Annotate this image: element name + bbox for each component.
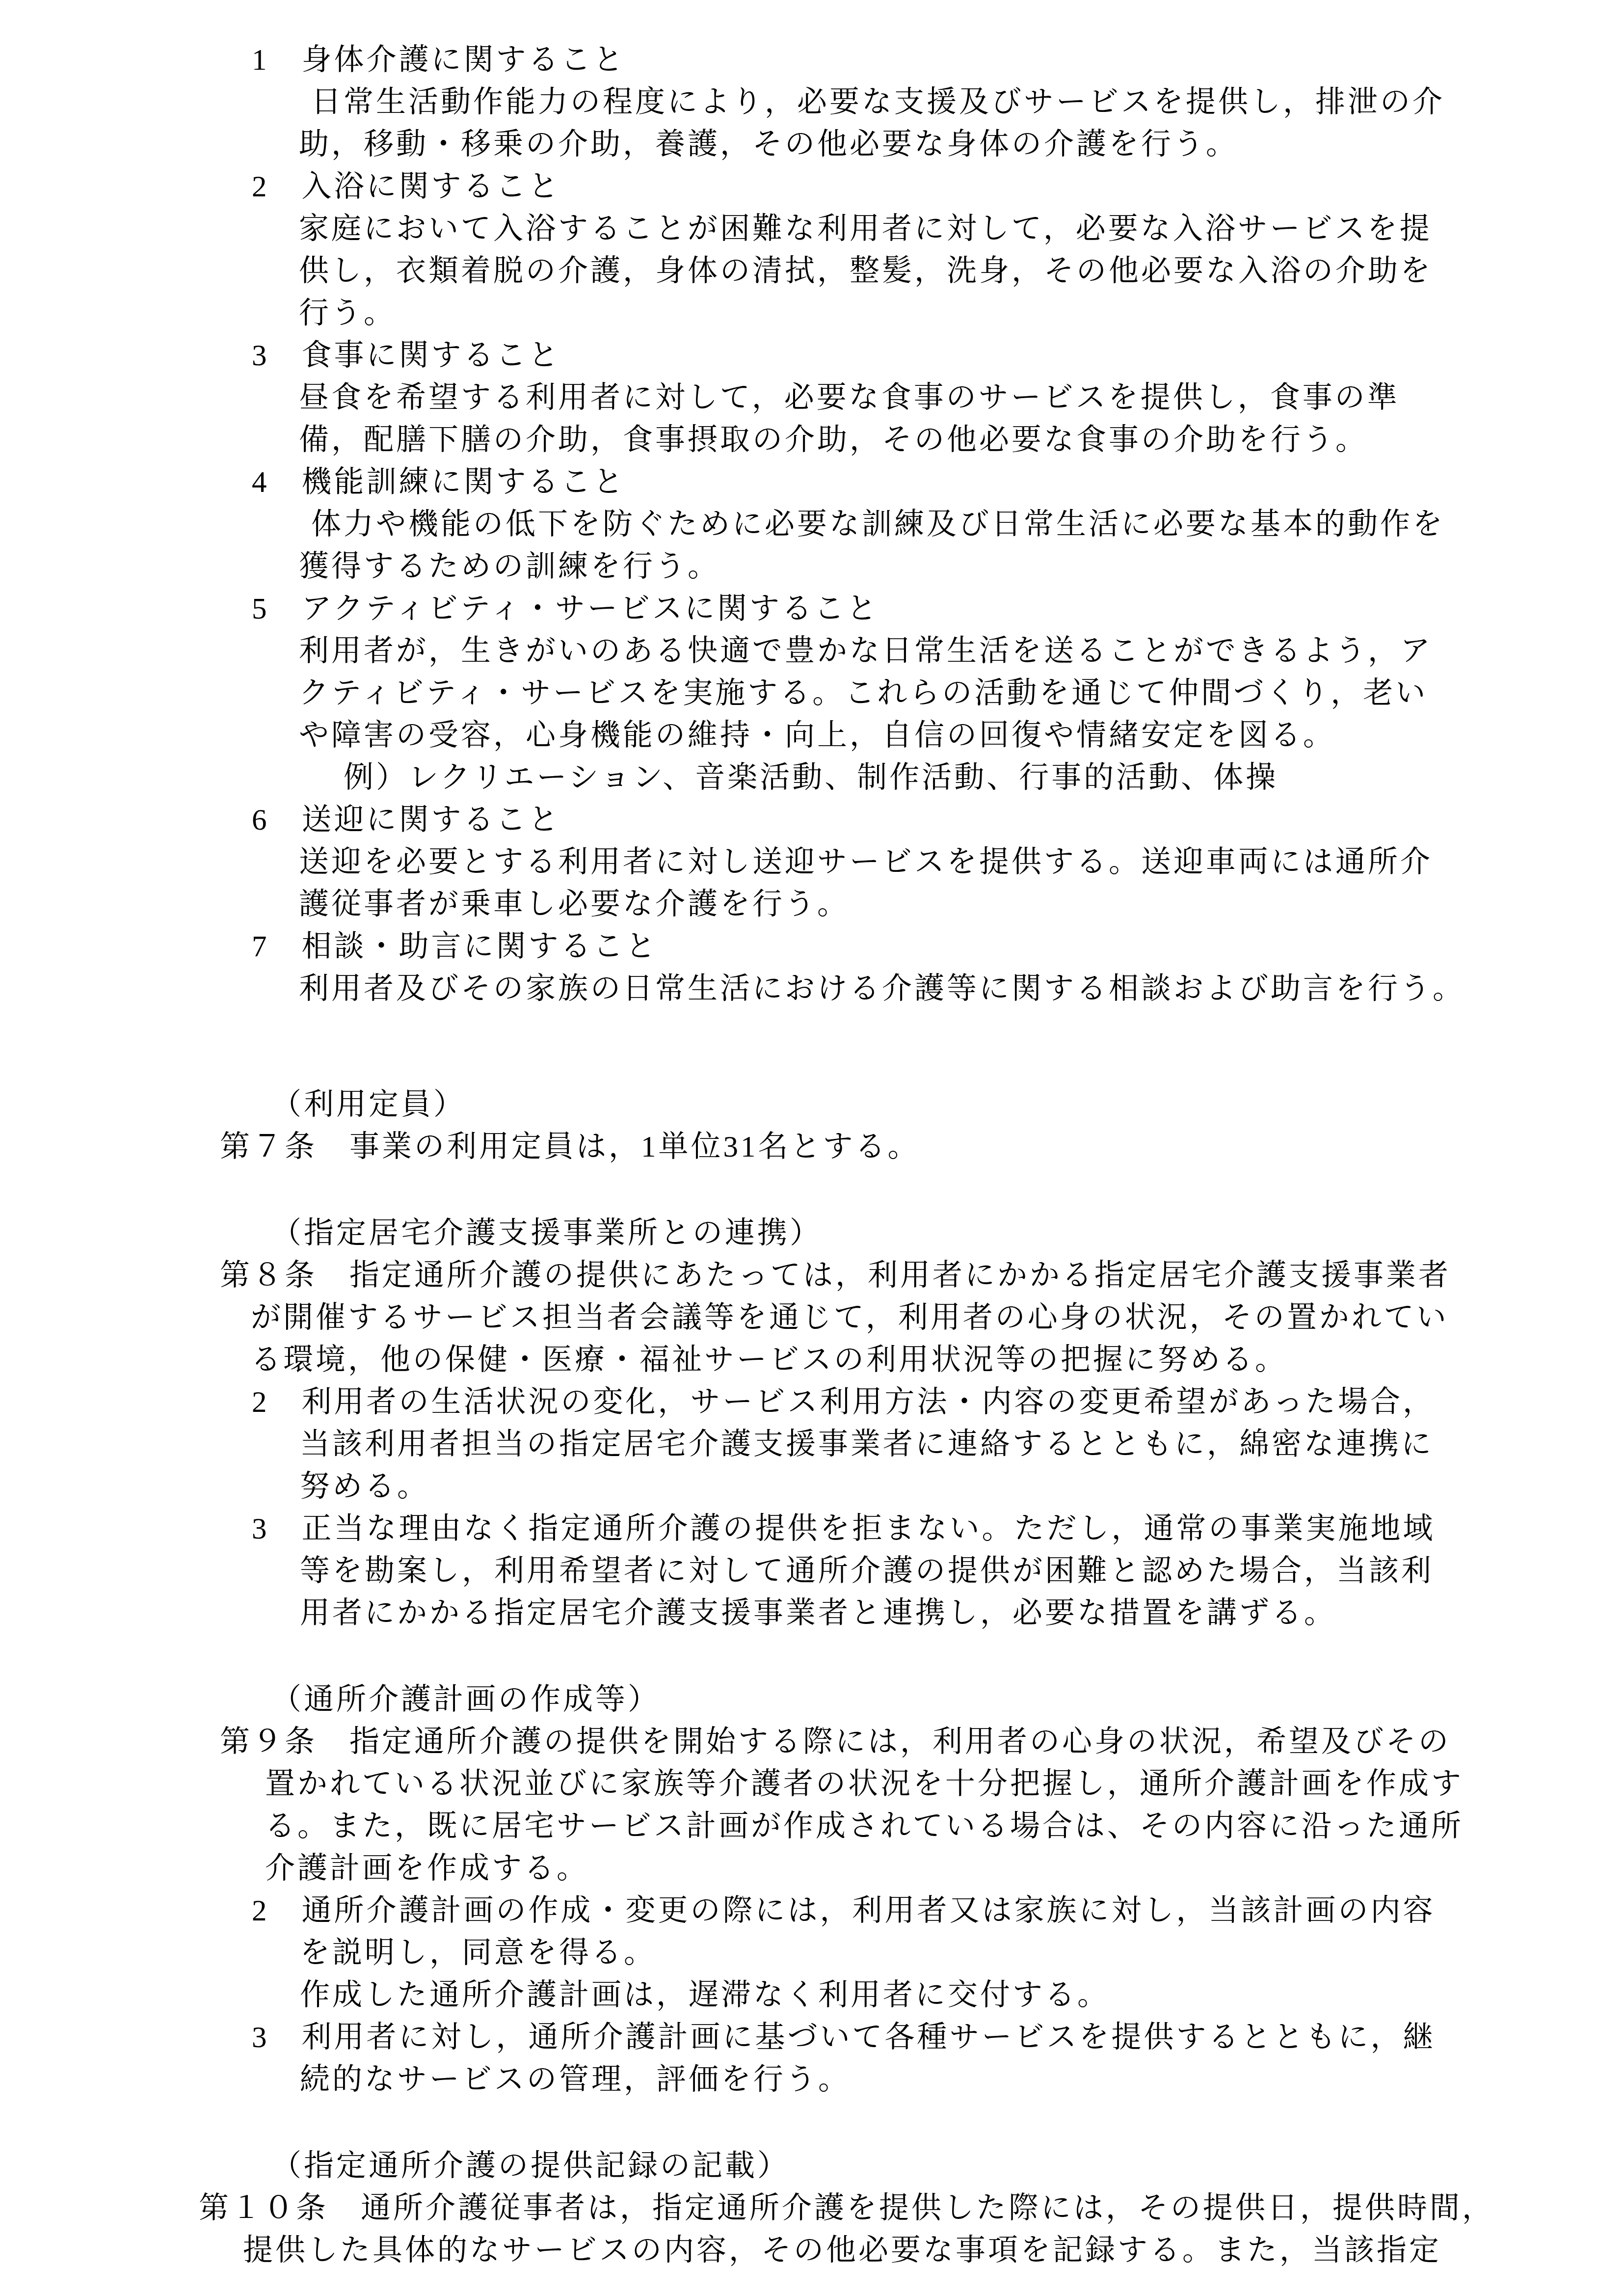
document-line: 介護計画を作成する。 bbox=[0, 1848, 1623, 1890]
document-line: 家庭において入浴することが困難な利用者に対して，必要な入浴サービスを提 bbox=[0, 208, 1623, 250]
document-line: 例）レクリエーション、音楽活動、制作活動、行事的活動、体操 bbox=[0, 757, 1623, 799]
blank-space bbox=[0, 1010, 1623, 1084]
list-item-number-line: 2 入浴に関すること bbox=[0, 166, 1623, 208]
article-line: 第７条 事業の利用定員は，1単位31名とする。 bbox=[0, 1126, 1623, 1168]
list-item-number-line: 5 アクティビティ・サービスに関すること bbox=[0, 588, 1623, 630]
list-item-number-line: 6 送迎に関すること bbox=[0, 799, 1623, 841]
document-line: 提供した具体的なサービスの内容，その他必要な事項を記録する。また，当該指定 bbox=[0, 2230, 1623, 2272]
document-line: 作成した通所介護計画は，遅滞なく利用者に交付する。 bbox=[0, 1974, 1623, 2017]
blank-space bbox=[0, 1635, 1623, 1679]
document-line: 利用者が，生きがいのある快適で豊かな日常生活を送ることができるよう，ア bbox=[0, 630, 1623, 673]
document-line: る環境，他の保健・医療・福祉サービスの利用状況等の把握に努める。 bbox=[0, 1339, 1623, 1381]
sub-item-number-line: 2 通所介護計画の作成・変更の際には，利用者又は家族に対し，当該計画の内容 bbox=[0, 1890, 1623, 1932]
sub-item-number-line: 3 利用者に対し，通所介護計画に基づいて各種サービスを提供するとともに，継 bbox=[0, 2017, 1623, 2059]
article-line: 第９条 指定通所介護の提供を開始する際には，利用者の心身の状況，希望及びその bbox=[0, 1721, 1623, 1763]
article-line: 第８条 指定通所介護の提供にあたっては，利用者にかかる指定居宅介護支援事業者 bbox=[0, 1255, 1623, 1297]
section-heading: （利用定員） bbox=[0, 1084, 1623, 1126]
list-item-number-line: 7 相談・助言に関すること bbox=[0, 926, 1623, 968]
document-line: を説明し，同意を得る。 bbox=[0, 1932, 1623, 1974]
section-heading: （指定通所介護の提供記録の記載） bbox=[0, 2145, 1623, 2188]
document-line: 続的なサービスの管理，評価を行う。 bbox=[0, 2059, 1623, 2101]
document-line: 日常生活動作能力の程度により，必要な支援及びサービスを提供し，排泄の介 bbox=[0, 81, 1623, 124]
document-line: 行う。 bbox=[0, 293, 1623, 335]
document-line: 昼食を希望する利用者に対して，必要な食事のサービスを提供し，食事の準 bbox=[0, 377, 1623, 419]
document-line: 助，移動・移乗の介助，養護，その他必要な身体の介護を行う。 bbox=[0, 124, 1623, 166]
document-line: 用者にかかる指定居宅介護支援事業者と連携し，必要な措置を講ずる。 bbox=[0, 1593, 1623, 1635]
list-item-number-line: 4 機能訓練に関すること bbox=[0, 461, 1623, 504]
section-heading: （通所介護計画の作成等） bbox=[0, 1679, 1623, 1721]
list-item-number-line: 3 食事に関すること bbox=[0, 335, 1623, 377]
document-line: る。また，既に居宅サービス計画が作成されている場合は、その内容に沿った通所 bbox=[0, 1806, 1623, 1848]
document-line: 置かれている状況並びに家族等介護者の状況を十分把握し，通所介護計画を作成す bbox=[0, 1763, 1623, 1806]
section-heading: （指定居宅介護支援事業所との連携） bbox=[0, 1213, 1623, 1255]
document-line: 送迎を必要とする利用者に対し送迎サービスを提供する。送迎車両には通所介 bbox=[0, 841, 1623, 884]
document-line: 獲得するための訓練を行う。 bbox=[0, 546, 1623, 588]
document-line: 等を勘案し，利用希望者に対して通所介護の提供が困難と認めた場合，当該利 bbox=[0, 1550, 1623, 1593]
document-line: 体力や機能の低下を防ぐために必要な訓練及び日常生活に必要な基本的動作を bbox=[0, 504, 1623, 546]
document-line: 努める。 bbox=[0, 1466, 1623, 1508]
document-line: 利用者及びその家族の日常生活における介護等に関する相談および助言を行う。 bbox=[0, 968, 1623, 1010]
blank-space bbox=[0, 2101, 1623, 2145]
document-body: 1 身体介護に関すること日常生活動作能力の程度により，必要な支援及びサービスを提… bbox=[0, 39, 1623, 2272]
sub-item-number-line: 2 利用者の生活状況の変化，サービス利用方法・内容の変更希望があった場合， bbox=[0, 1381, 1623, 1424]
document-line: 備，配膳下膳の介助，食事摂取の介助，その他必要な食事の介助を行う。 bbox=[0, 419, 1623, 461]
document-line: 供し，衣類着脱の介護，身体の清拭，整髪，洗身，その他必要な入浴の介助を bbox=[0, 250, 1623, 293]
document-page: 1 身体介護に関すること日常生活動作能力の程度により，必要な支援及びサービスを提… bbox=[0, 0, 1623, 2296]
document-line: 当該利用者担当の指定居宅介護支援事業者に連絡するとともに，綿密な連携に bbox=[0, 1424, 1623, 1466]
list-item-number-line: 1 身体介護に関すること bbox=[0, 39, 1623, 81]
blank-space bbox=[0, 1168, 1623, 1213]
article-line: 第１０条 通所介護従事者は，指定通所介護を提供した際には，その提供日，提供時間， bbox=[0, 2188, 1623, 2230]
document-line: が開催するサービス担当者会議等を通じて，利用者の心身の状況，その置かれてい bbox=[0, 1297, 1623, 1339]
document-line: や障害の受容，心身機能の維持・向上，自信の回復や情緒安定を図る。 bbox=[0, 715, 1623, 757]
sub-item-number-line: 3 正当な理由なく指定通所介護の提供を拒まない。ただし，通常の事業実施地域 bbox=[0, 1508, 1623, 1550]
document-line: 護従事者が乗車し必要な介護を行う。 bbox=[0, 884, 1623, 926]
document-line: クティビティ・サービスを実施する。これらの活動を通じて仲間づくり，老い bbox=[0, 673, 1623, 715]
